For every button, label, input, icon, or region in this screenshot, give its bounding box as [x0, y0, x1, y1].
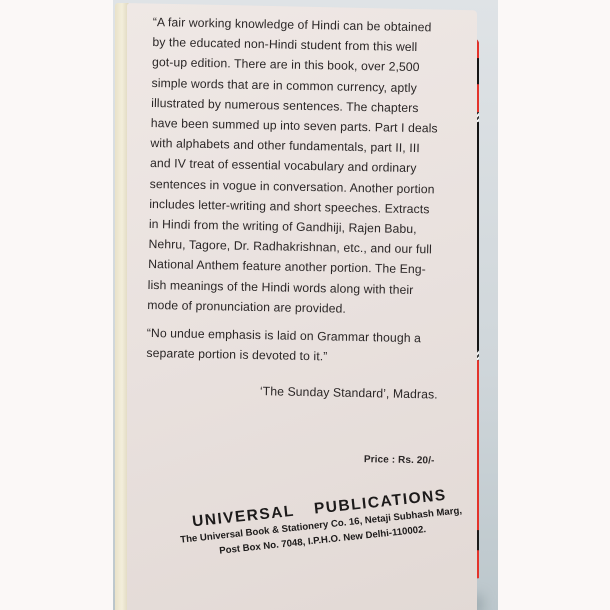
review-quote-2: “No undue emphasis is laid on Grammar th…	[146, 323, 447, 369]
book-photo: “A fair working knowledge of Hindi can b…	[113, 0, 498, 610]
book: “A fair working knowledge of Hindi can b…	[113, 0, 498, 610]
review-quote-1: “A fair working knowledge of Hindi can b…	[147, 12, 453, 321]
review-attribution: ‘The Sunday Standard’, Madras.	[146, 379, 446, 405]
review-text: “A fair working knowledge of Hindi can b…	[144, 12, 453, 472]
